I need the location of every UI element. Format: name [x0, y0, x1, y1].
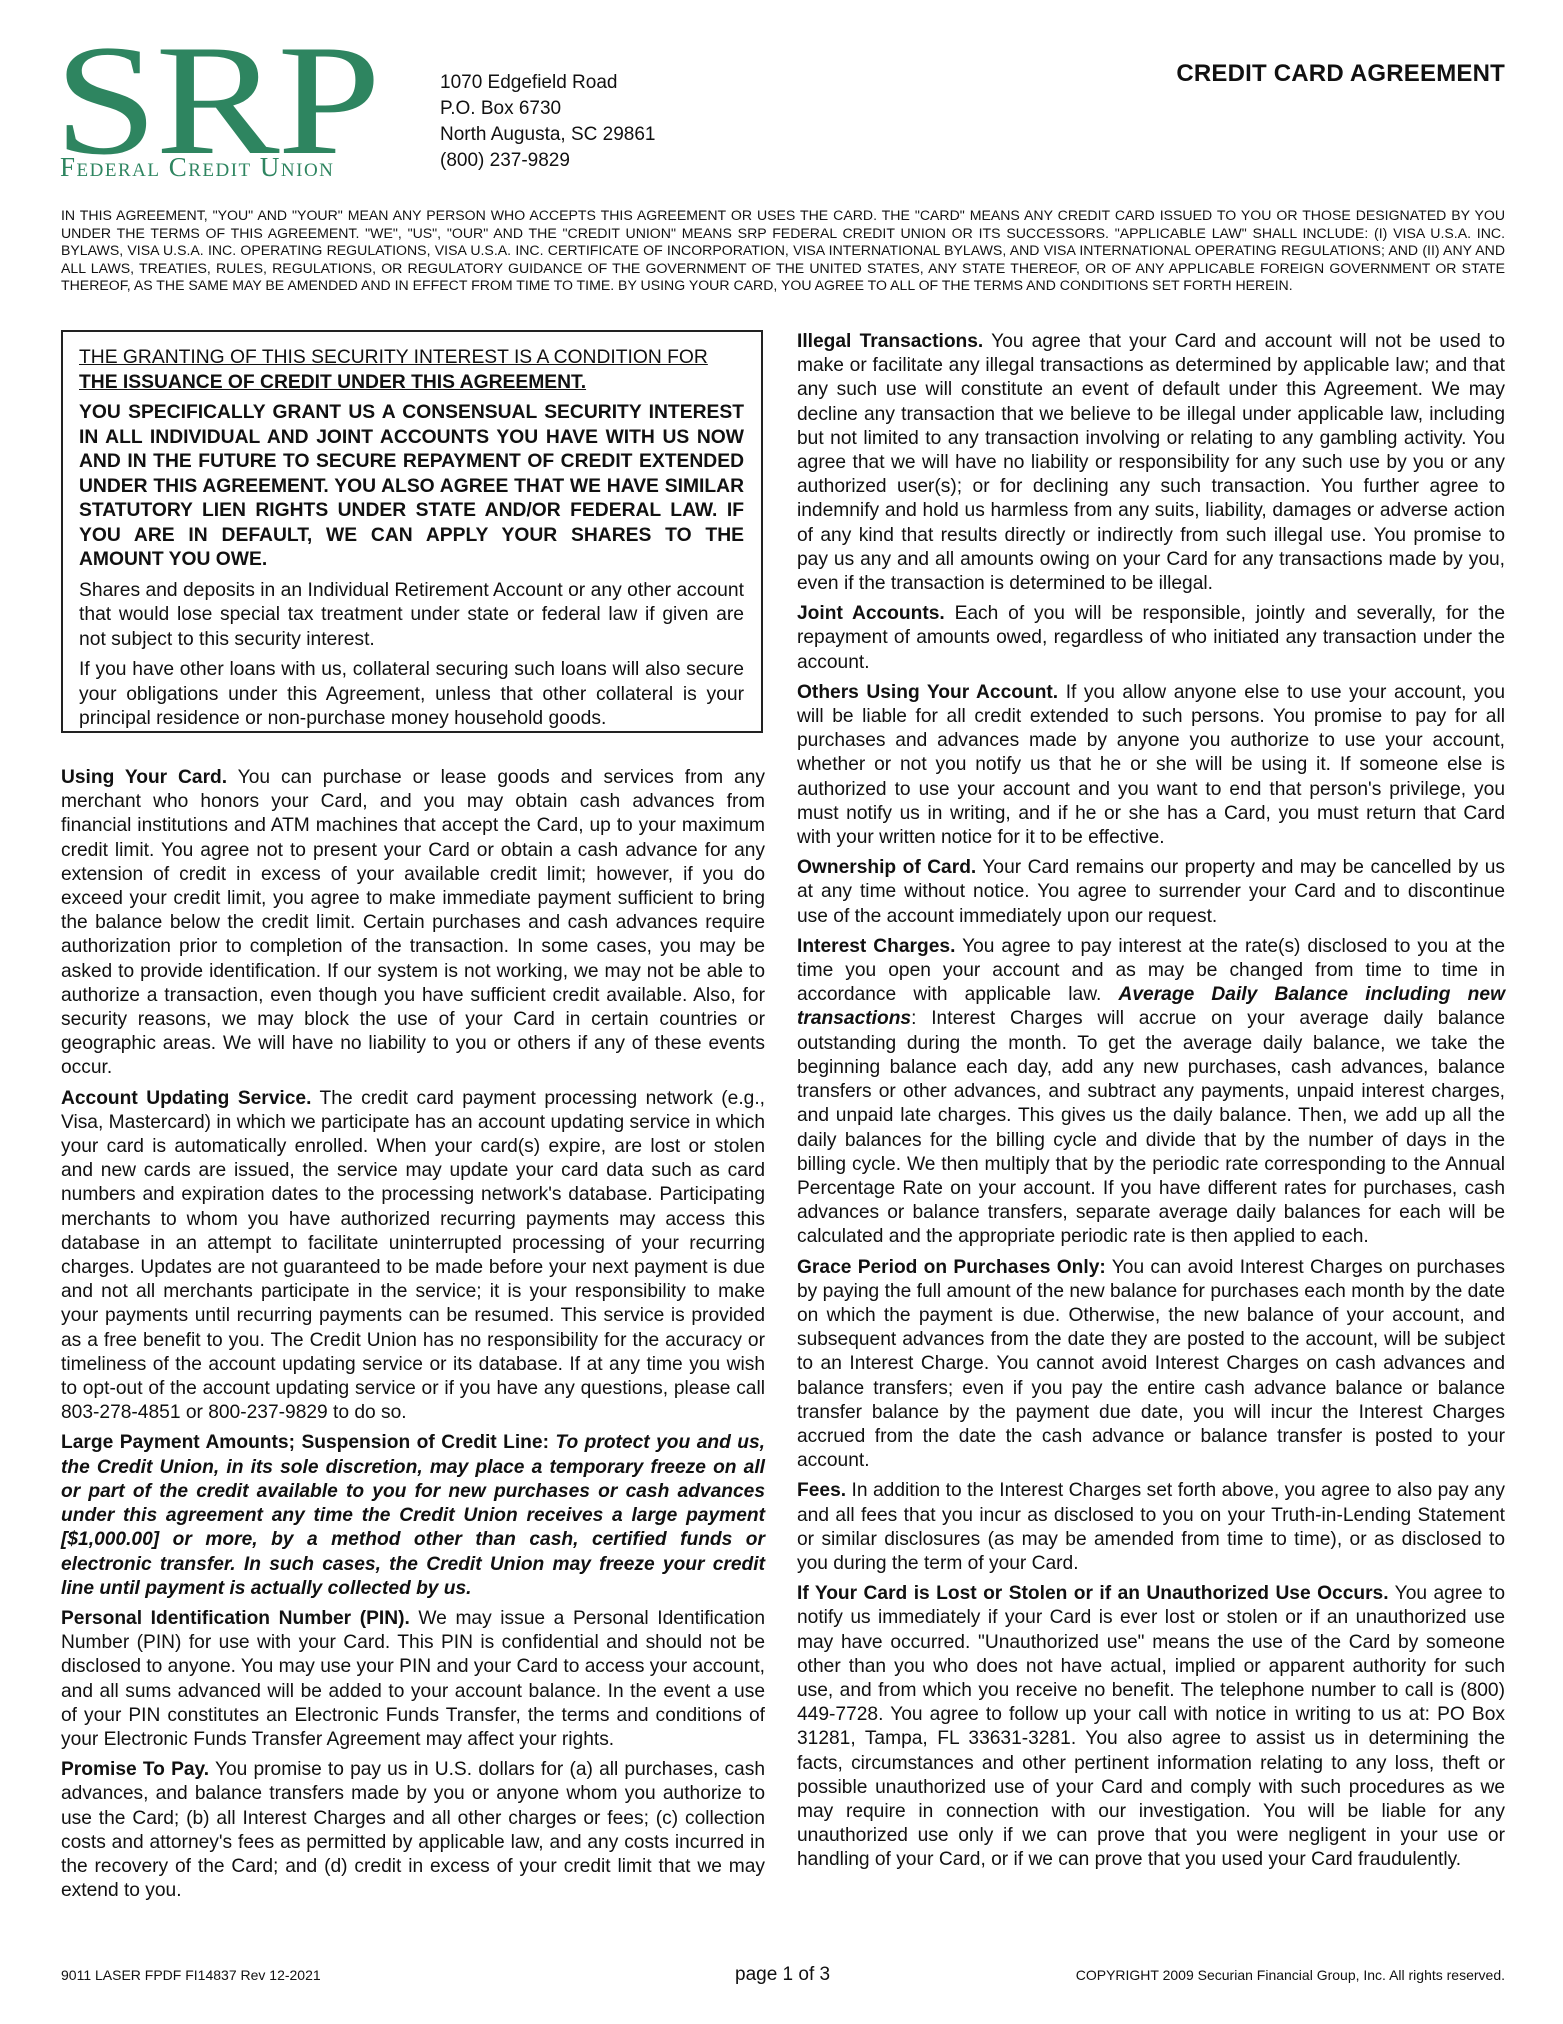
section-heading: Personal Identification Number (PIN). — [61, 1608, 410, 1629]
section-heading: Promise To Pay. — [61, 1759, 209, 1780]
section-heading: Others Using Your Account. — [797, 682, 1058, 703]
section-ownership-of-card: Ownership of Card. Your Card remains our… — [797, 856, 1505, 929]
section-body: You agree to notify us immediately if yo… — [797, 1583, 1505, 1870]
srp-logo: SRP Federal Credit Union — [58, 52, 428, 187]
section-heading: Ownership of Card. — [797, 857, 976, 878]
security-other-loans: If you have other loans with us, collate… — [79, 658, 744, 732]
section-body: In addition to the Interest Charges set … — [797, 1480, 1505, 1574]
section-heading: Grace Period on Purchases Only: — [797, 1257, 1106, 1278]
copyright-notice: COPYRIGHT 2009 Securian Financial Group,… — [1076, 1967, 1505, 1983]
security-condition-line1: THE GRANTING OF THIS SECURITY INTEREST I… — [79, 347, 708, 368]
section-heading: Large Payment Amounts; Suspension of Cre… — [61, 1432, 549, 1453]
credit-union-address: 1070 Edgefield Road P.O. Box 6730 North … — [440, 70, 655, 174]
section-pin: Personal Identification Number (PIN). We… — [61, 1607, 765, 1752]
section-body: You can purchase or lease goods and serv… — [61, 767, 765, 1078]
section-interest-charges: Interest Charges. You agree to pay inter… — [797, 935, 1505, 1250]
section-heading: If Your Card is Lost or Stolen or if an … — [797, 1583, 1389, 1604]
section-joint-accounts: Joint Accounts. Each of you will be resp… — [797, 602, 1505, 675]
address-city: North Augusta, SC 29861 — [440, 122, 655, 148]
section-using-your-card: Using Your Card. You can purchase or lea… — [61, 766, 765, 1081]
section-heading: Illegal Transactions. — [797, 331, 983, 352]
section-body: The credit card payment processing netwo… — [61, 1088, 765, 1424]
section-heading: Joint Accounts. — [797, 603, 945, 624]
section-body: We may issue a Personal Identification N… — [61, 1608, 765, 1750]
address-street: 1070 Edgefield Road — [440, 70, 655, 96]
section-grace-period: Grace Period on Purchases Only: You can … — [797, 1256, 1505, 1474]
security-grant: YOU SPECIFICALLY GRANT US A CONSENSUAL S… — [79, 401, 744, 573]
section-body-continued: : Interest Charges will accrue on your a… — [797, 1008, 1505, 1247]
section-fees: Fees. In addition to the Interest Charge… — [797, 1479, 1505, 1576]
section-others-using-account: Others Using Your Account. If you allow … — [797, 681, 1505, 850]
section-heading: Fees. — [797, 1480, 846, 1501]
section-body: You can avoid Interest Charges on purcha… — [797, 1257, 1505, 1472]
section-body: If you allow anyone else to use your acc… — [797, 682, 1505, 848]
page-number: page 1 of 3 — [735, 1964, 830, 1986]
section-body: You agree that your Card and account wil… — [797, 331, 1505, 594]
section-lost-or-stolen: If Your Card is Lost or Stolen or if an … — [797, 1582, 1505, 1872]
section-emphasis: To protect you and us, the Credit Union,… — [61, 1432, 765, 1598]
right-column: Illegal Transactions. You agree that you… — [797, 330, 1505, 1879]
definitions-paragraph: IN THIS AGREEMENT, "YOU" AND "YOUR" MEAN… — [61, 207, 1505, 295]
logo-subtitle: Federal Credit Union — [60, 152, 334, 183]
security-condition: THE GRANTING OF THIS SECURITY INTEREST I… — [79, 346, 744, 395]
security-condition-line2: THE ISSUANCE OF CREDIT UNDER THIS AGREEM… — [79, 372, 586, 393]
section-promise-to-pay: Promise To Pay. You promise to pay us in… — [61, 1758, 765, 1903]
address-po-box: P.O. Box 6730 — [440, 96, 655, 122]
section-body: You promise to pay us in U.S. dollars fo… — [61, 1759, 765, 1901]
section-account-updating-service: Account Updating Service. The credit car… — [61, 1087, 765, 1426]
section-heading: Using Your Card. — [61, 767, 227, 788]
security-interest-box: THE GRANTING OF THIS SECURITY INTEREST I… — [61, 330, 763, 733]
section-large-payment-amounts: Large Payment Amounts; Suspension of Cre… — [61, 1431, 765, 1600]
left-column: Using Your Card. You can purchase or lea… — [61, 766, 765, 1909]
section-illegal-transactions: Illegal Transactions. You agree that you… — [797, 330, 1505, 596]
security-ira-exclusion: Shares and deposits in an Individual Ret… — [79, 579, 744, 653]
section-heading: Account Updating Service. — [61, 1088, 311, 1109]
address-phone: (800) 237-9829 — [440, 148, 655, 174]
form-identifier: 9011 LASER FPDF FI14837 Rev 12-2021 — [61, 1967, 321, 1983]
document-title: CREDIT CARD AGREEMENT — [1176, 60, 1505, 88]
section-heading: Interest Charges. — [797, 936, 955, 957]
